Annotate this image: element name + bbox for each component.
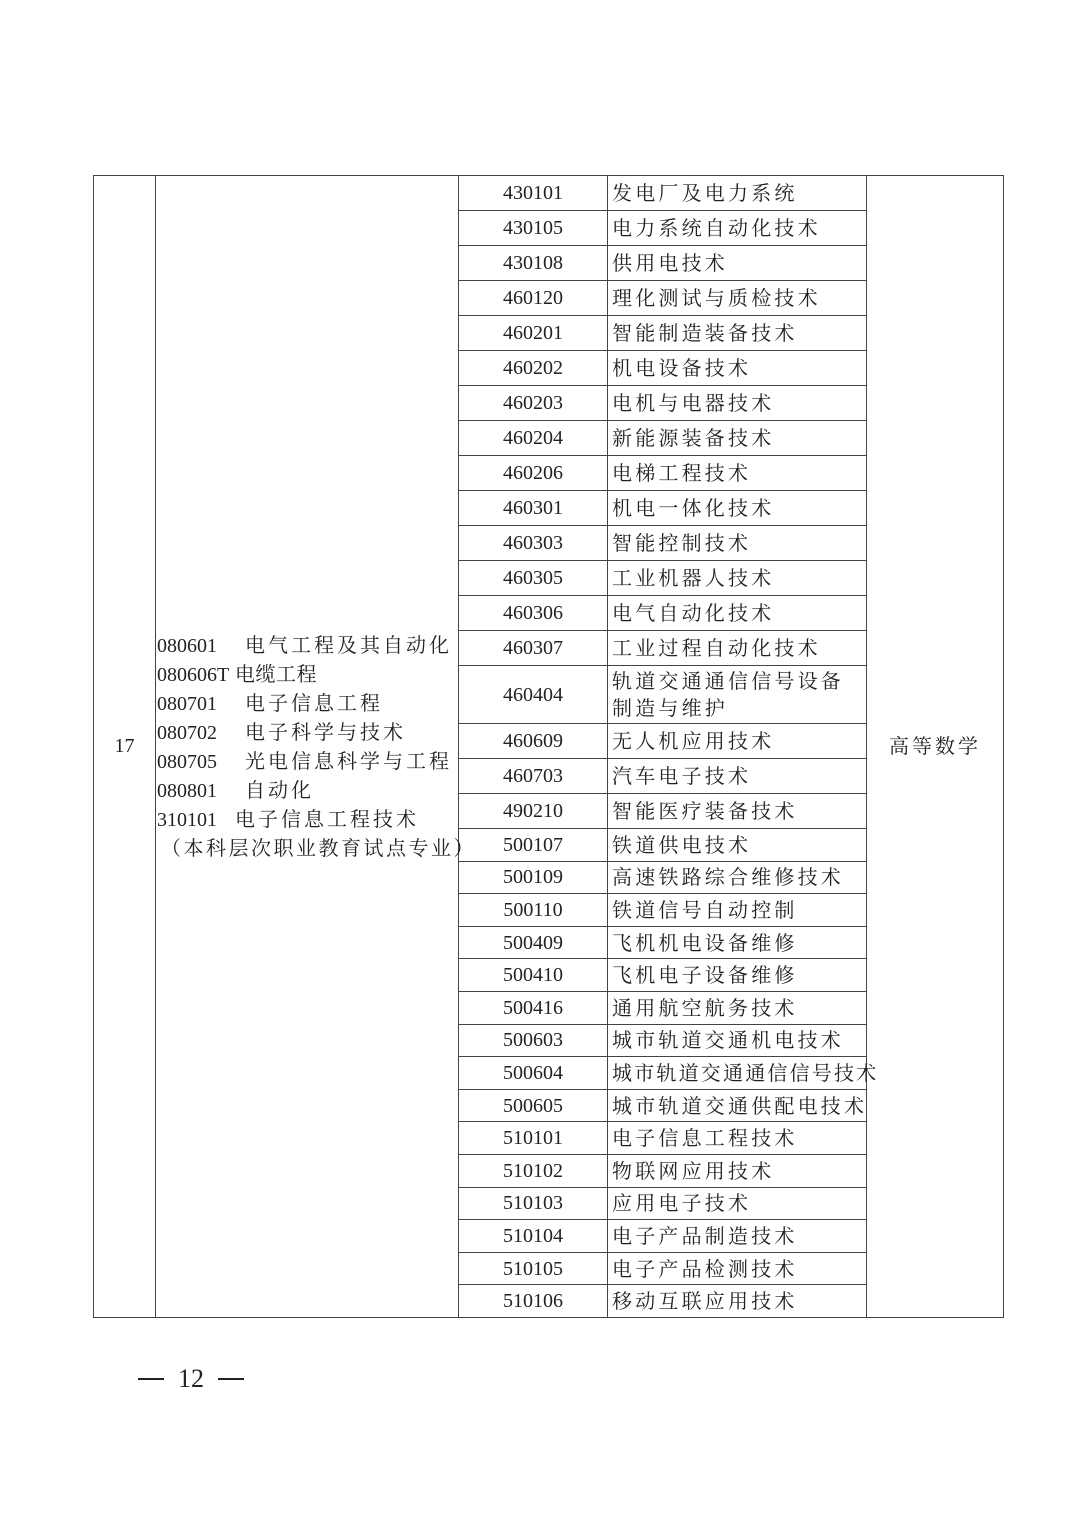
major-name: 发电厂及电力系统 — [608, 176, 867, 211]
major-code: 460201 — [459, 316, 608, 351]
undergrad-major: 080705光电信息科学与工程 — [157, 747, 458, 776]
major-code: 430105 — [459, 211, 608, 246]
major-code: 500109 — [459, 861, 608, 894]
major-name: 汽车电子技术 — [608, 759, 867, 794]
major-name: 飞机电子设备维修 — [608, 959, 867, 992]
exam-subject: 高等数学 — [867, 176, 1004, 1318]
major-name: 供用电技术 — [608, 246, 867, 281]
undergrad-major: 080702电子科学与技术 — [157, 718, 458, 747]
major-name: 智能制造装备技术 — [608, 316, 867, 351]
major-name: 电梯工程技术 — [608, 456, 867, 491]
major-name: 移动互联应用技术 — [608, 1285, 867, 1318]
major-code: 510104 — [459, 1220, 608, 1253]
major-name: 工业机器人技术 — [608, 561, 867, 596]
major-name: 城市轨道交通供配电技术 — [608, 1089, 867, 1122]
major-code: 500410 — [459, 959, 608, 992]
major-name: 电机与电器技术 — [608, 386, 867, 421]
major-code: 460120 — [459, 281, 608, 316]
row-index: 17 — [94, 176, 156, 1318]
major-name: 高速铁路综合维修技术 — [608, 861, 867, 894]
major-code: 500416 — [459, 991, 608, 1024]
undergrad-note: （本科层次职业教育试点专业） — [157, 834, 458, 862]
major-code: 500605 — [459, 1089, 608, 1122]
major-name: 工业过程自动化技术 — [608, 631, 867, 666]
major-code: 430108 — [459, 246, 608, 281]
major-code: 460206 — [459, 456, 608, 491]
major-code: 500604 — [459, 1057, 608, 1090]
major-code: 510103 — [459, 1187, 608, 1220]
major-code: 500107 — [459, 829, 608, 862]
major-code: 460703 — [459, 759, 608, 794]
major-name: 物联网应用技术 — [608, 1154, 867, 1187]
undergrad-major: 080601电气工程及其自动化 — [157, 631, 458, 660]
major-code: 460303 — [459, 526, 608, 561]
major-name: 轨道交通通信信号设备制造与维护 — [608, 666, 867, 724]
dash-left — [138, 1378, 164, 1380]
page-number: 12 — [138, 1364, 244, 1394]
major-code: 460301 — [459, 491, 608, 526]
major-name: 通用航空航务技术 — [608, 991, 867, 1024]
major-name: 飞机机电设备维修 — [608, 926, 867, 959]
major-name: 应用电子技术 — [608, 1187, 867, 1220]
major-name: 新能源装备技术 — [608, 421, 867, 456]
major-code: 460609 — [459, 724, 608, 759]
major-code: 460203 — [459, 386, 608, 421]
major-name: 智能控制技术 — [608, 526, 867, 561]
major-code: 510105 — [459, 1252, 608, 1285]
major-code: 430101 — [459, 176, 608, 211]
major-code: 460305 — [459, 561, 608, 596]
major-name: 智能医疗装备技术 — [608, 794, 867, 829]
undergrad-major: 080701电子信息工程 — [157, 689, 458, 718]
major-name: 电子产品检测技术 — [608, 1252, 867, 1285]
major-code: 460306 — [459, 596, 608, 631]
dash-right — [218, 1378, 244, 1380]
major-name: 电子信息工程技术 — [608, 1122, 867, 1155]
major-name: 机电一体化技术 — [608, 491, 867, 526]
major-name: 电子产品制造技术 — [608, 1220, 867, 1253]
major-name: 电力系统自动化技术 — [608, 211, 867, 246]
major-code: 460307 — [459, 631, 608, 666]
undergrad-majors-cell: 080601电气工程及其自动化 080606T电缆工程 080701电子信息工程… — [156, 176, 459, 1318]
table-row: 17 080601电气工程及其自动化 080606T电缆工程 080701电子信… — [94, 176, 1004, 211]
major-name: 铁道供电技术 — [608, 829, 867, 862]
document-page: 17 080601电气工程及其自动化 080606T电缆工程 080701电子信… — [0, 0, 1080, 1527]
major-code: 510101 — [459, 1122, 608, 1155]
major-code: 460202 — [459, 351, 608, 386]
undergrad-major: 080606T电缆工程 — [157, 660, 458, 689]
major-code: 510102 — [459, 1154, 608, 1187]
major-code: 500603 — [459, 1024, 608, 1057]
major-name: 机电设备技术 — [608, 351, 867, 386]
major-name: 无人机应用技术 — [608, 724, 867, 759]
major-name: 理化测试与质检技术 — [608, 281, 867, 316]
undergrad-major: 310101电子信息工程技术 — [157, 805, 458, 834]
major-name: 城市轨道交通机电技术 — [608, 1024, 867, 1057]
major-mapping-table: 17 080601电气工程及其自动化 080606T电缆工程 080701电子信… — [93, 175, 1004, 1318]
undergrad-major: 080801自动化 — [157, 776, 458, 805]
major-code: 460404 — [459, 666, 608, 724]
major-code: 510106 — [459, 1285, 608, 1318]
major-code: 460204 — [459, 421, 608, 456]
major-code: 490210 — [459, 794, 608, 829]
major-name: 铁道信号自动控制 — [608, 894, 867, 927]
major-code: 500409 — [459, 926, 608, 959]
major-code: 500110 — [459, 894, 608, 927]
major-name: 电气自动化技术 — [608, 596, 867, 631]
major-name: 城市轨道交通通信信号技术 — [608, 1057, 867, 1090]
